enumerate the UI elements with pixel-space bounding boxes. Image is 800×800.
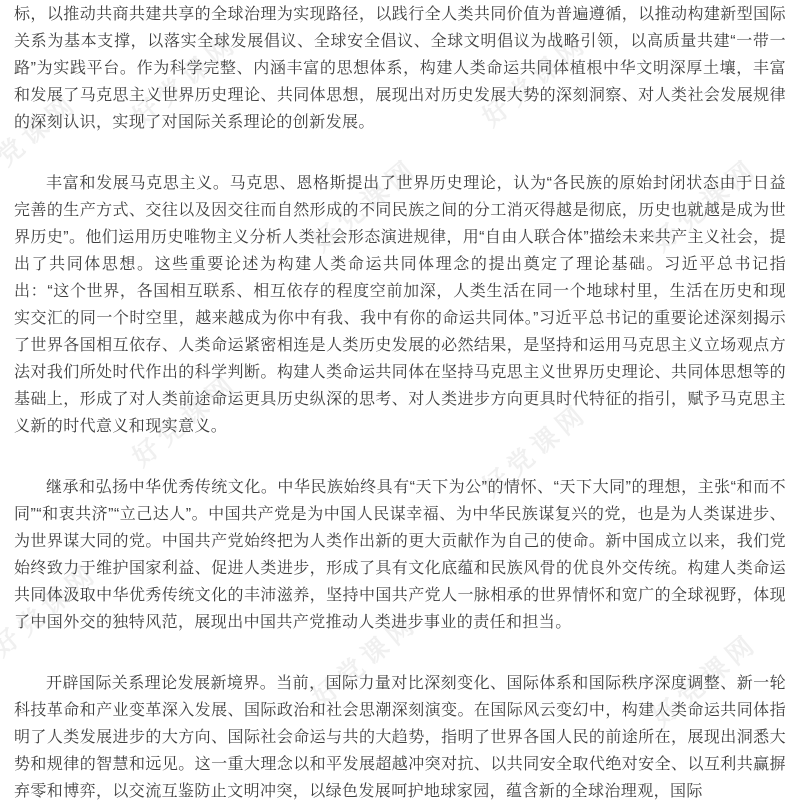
document-paragraph: 开辟国际关系理论发展新境界。当前，国际力量对比深刻变化、国际体系和国际秩序深度调… <box>14 670 786 800</box>
document-paragraph: 丰富和发展马克思主义。马克思、恩格斯提出了世界历史理论，认为“各民族的原始封闭状… <box>14 170 786 440</box>
document-paragraph: 继承和弘扬中华优秀传统文化。中华民族始终具有“天下为公”的情怀、“天下大同”的理… <box>14 474 786 636</box>
document-page: 好党课网好党课网好党课网好党课网好党课网好党课网好党课网好党课网好党课网好党课网… <box>0 0 800 800</box>
document-paragraph: 标，以推动共商共建共享的全球治理为实现路径，以践行全人类共同价值为普遍遵循，以推… <box>14 1 786 136</box>
document-content: 标，以推动共商共建共享的全球治理为实现路径，以践行全人类共同价值为普遍遵循，以推… <box>0 0 800 800</box>
